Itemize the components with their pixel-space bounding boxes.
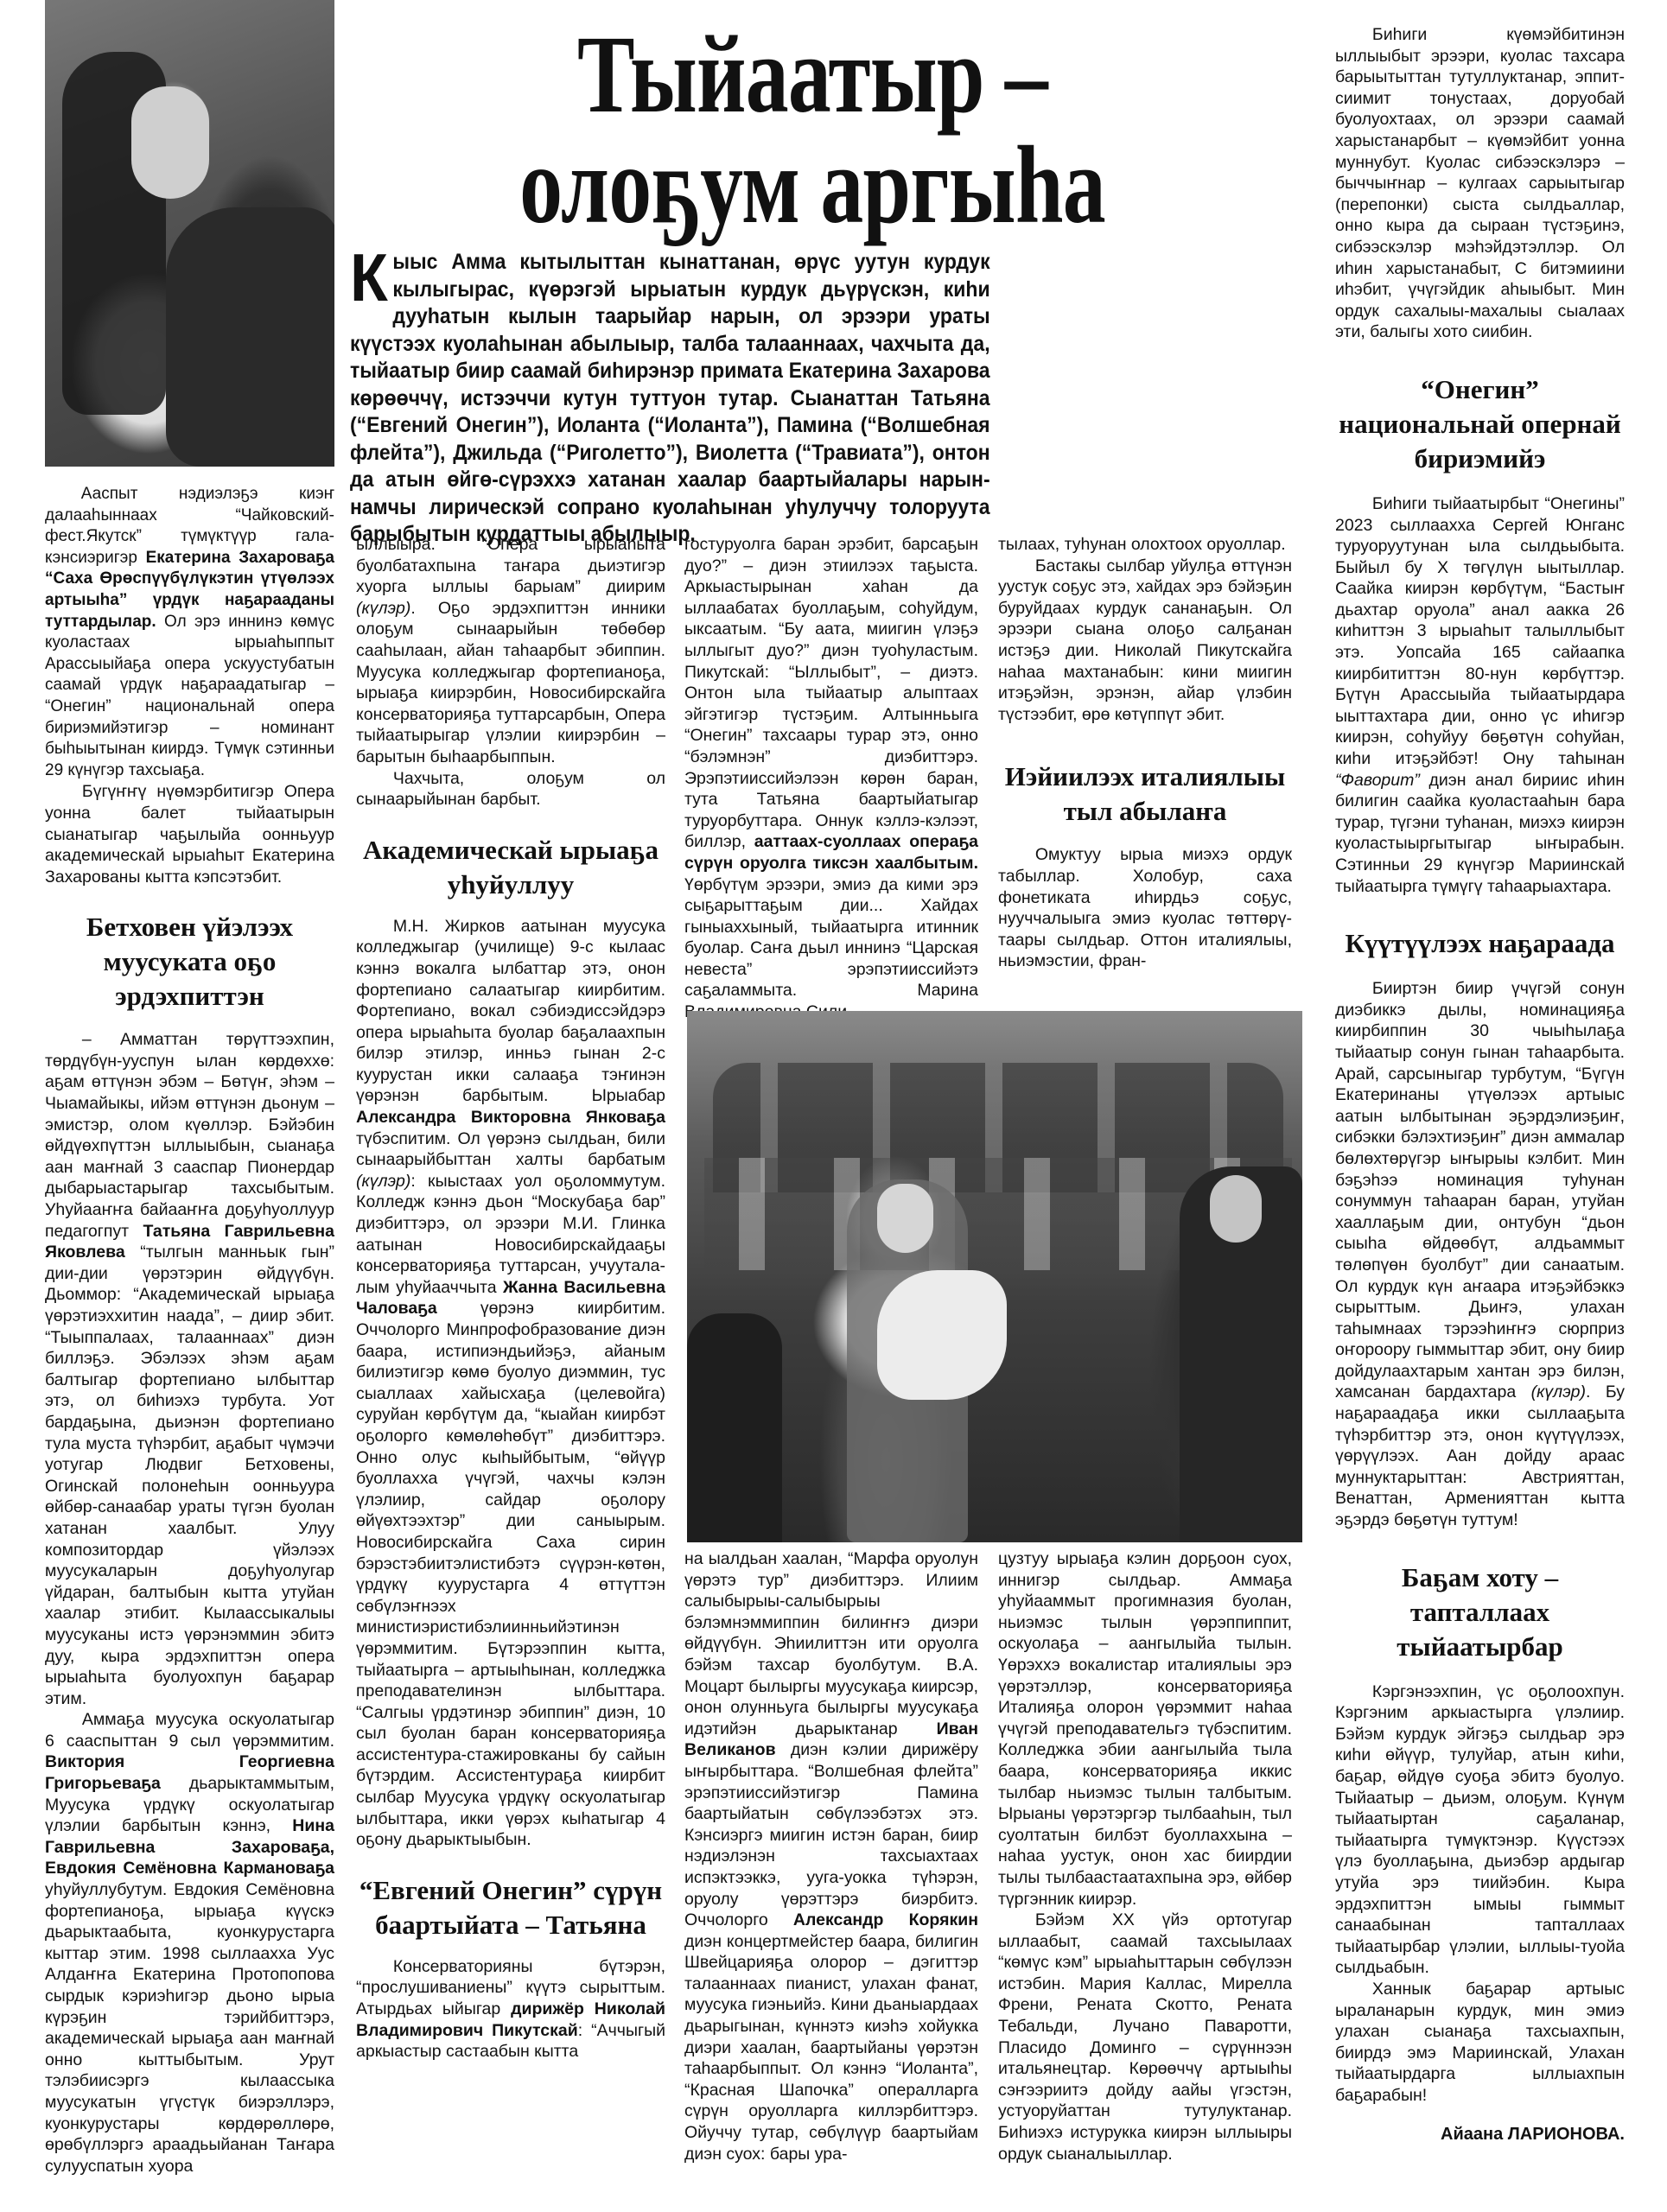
col4-paragraph-bottom-2: Бэйэм XX үйэ ортотугар ыллаабыт, саамай … [998, 1910, 1292, 2164]
column-1: Ааспыт нэдиэлэҕэ киэҥ далааһыннаах “Чайк… [45, 484, 334, 2177]
col4-paragraph-1: Омуктуу ырыа миэхэ ордук табыллар. Холоб… [998, 844, 1292, 972]
section-title-beethoven: Бетховен үйэлээх муусуката оҕо эрдэхпитт… [45, 910, 334, 1014]
soloist-face [877, 1184, 933, 1253]
lede: Кыыс Амма кытылыттан кынаттанан, өрүс уу… [350, 249, 1106, 549]
col4-paragraph-bottom: цузтуу ырыаҕа кэлин дорҕоон суох, иннигэ… [998, 1548, 1292, 1910]
column-4-bottom: цузтуу ырыаҕа кэлин дорҕоон суох, иннигэ… [998, 1548, 1292, 2164]
lede-dropcap: К [350, 251, 388, 304]
section-title-onegin-award: “Онегин” национальнай опернай бириэмийэ [1335, 372, 1625, 476]
column-2: ыллыыра. “Опера ырыаһыта буолбатахпына т… [356, 534, 665, 2063]
portrait-face-shape [131, 86, 209, 199]
violinist-figure [687, 1313, 782, 1542]
column-3-top: гостуруолга баран эрэбит, барсаҕын дуо?”… [684, 534, 978, 1023]
conductor-face [1210, 1175, 1262, 1243]
col1-paragraph-1: – Амматтан төрүттээхпин, төрдүбүн-ууспун… [45, 1029, 334, 1709]
lede-text: ыыс Амма кытылыттан кынаттанан, өрүс уут… [350, 250, 990, 546]
section-title-awaited-award: Күүтүүлээх наҕараада [1335, 926, 1625, 961]
col2-paragraph-1: М.Н. Жирков аатынан муусука колледжыгар … [356, 916, 665, 1851]
col5-paragraph-4: Ханнык баҕарар артыыс ыраланарын курдук,… [1335, 1979, 1625, 2107]
section-title-italian: Иэйиилээх италиялыы тыл абылаҥа [998, 760, 1292, 829]
portrait-fur-shape [166, 207, 334, 467]
col2-paragraph-2: Консерваторияны бүтэрэн, “прослушиваниен… [356, 1956, 665, 2063]
col2-paragraph-top-2: Чахчыта, олоҕум ол сынаарыйынан барбыт. [356, 768, 665, 810]
author-byline: Айаана ЛАРИОНОВА. [1335, 2124, 1625, 2145]
headline-line-1: Тыйаатыр – [442, 19, 1183, 130]
col5-paragraph-1: Биһиги тыйаатырбыт “Онегины” 2023 сыллаа… [1335, 493, 1625, 897]
col3-paragraph-bottom: на ыалдьан хаалан, “Марфа оруолун үөрэтэ… [684, 1548, 978, 2164]
col2-paragraph-top: ыллыыра. “Опера ырыаһыта буолбатахпына т… [356, 534, 665, 768]
column-5: Биһиги күөмэйбитинэн ыллыыбыт эрээри, ку… [1335, 24, 1625, 2145]
col5-paragraph-3: Кэргэнээхпин, үс оҕолоохпун. Кэргэним ар… [1335, 1681, 1625, 1979]
col1-paragraph-2: Аммаҕа муусука оскуолатыгар 6 сааспыттан… [45, 1709, 334, 2177]
col4-paragraph-top-2: Бастакы сылбар уйулҕа өттүнэн уустук соҕ… [998, 556, 1292, 726]
column-4-top: тылаах, туһунан олохтоох оруоллар. Баста… [998, 534, 1292, 972]
col4-paragraph-top: тылаах, туһунан олохтоох оруоллар. [998, 534, 1292, 556]
section-title-academic: Академическай ырыаҕа уһуйуллуу [356, 833, 665, 902]
portrait-caption: Ааспыт нэдиэлэҕэ киэҥ далааһыннаах “Чайк… [45, 484, 334, 781]
section-title-onegin-tatiana: “Евгений Онегин” сүрүн баартыйата – Тать… [356, 1873, 665, 1942]
headline-line-2: олоҕум аргыһа [442, 130, 1183, 240]
col3-paragraph-top: гостуруолга баран эрэбит, барсаҕын дуо?”… [684, 534, 978, 1023]
section-title-beloved-theatre: Баҕам хоту – тапталлаах тыйаатырбар [1335, 1560, 1625, 1664]
portrait-photo [45, 0, 334, 467]
col1-intro-paragraph: Бүгүҥҥү нүөмэрбитигэр Опера уонна балет … [45, 781, 334, 887]
col5-paragraph-2: Биир­тэн биир үчүгэй сонун диэбиккэ дылы… [1335, 978, 1625, 1530]
col5-paragraph-top: Биһиги күөмэйбитинэн ыллыыбыт эрээри, ку… [1335, 24, 1625, 343]
flower-bouquet [877, 1270, 1007, 1400]
column-3-bottom: на ыалдьан хаалан, “Марфа оруолун үөрэтэ… [684, 1548, 978, 2164]
stage-photo [687, 1011, 1302, 1542]
